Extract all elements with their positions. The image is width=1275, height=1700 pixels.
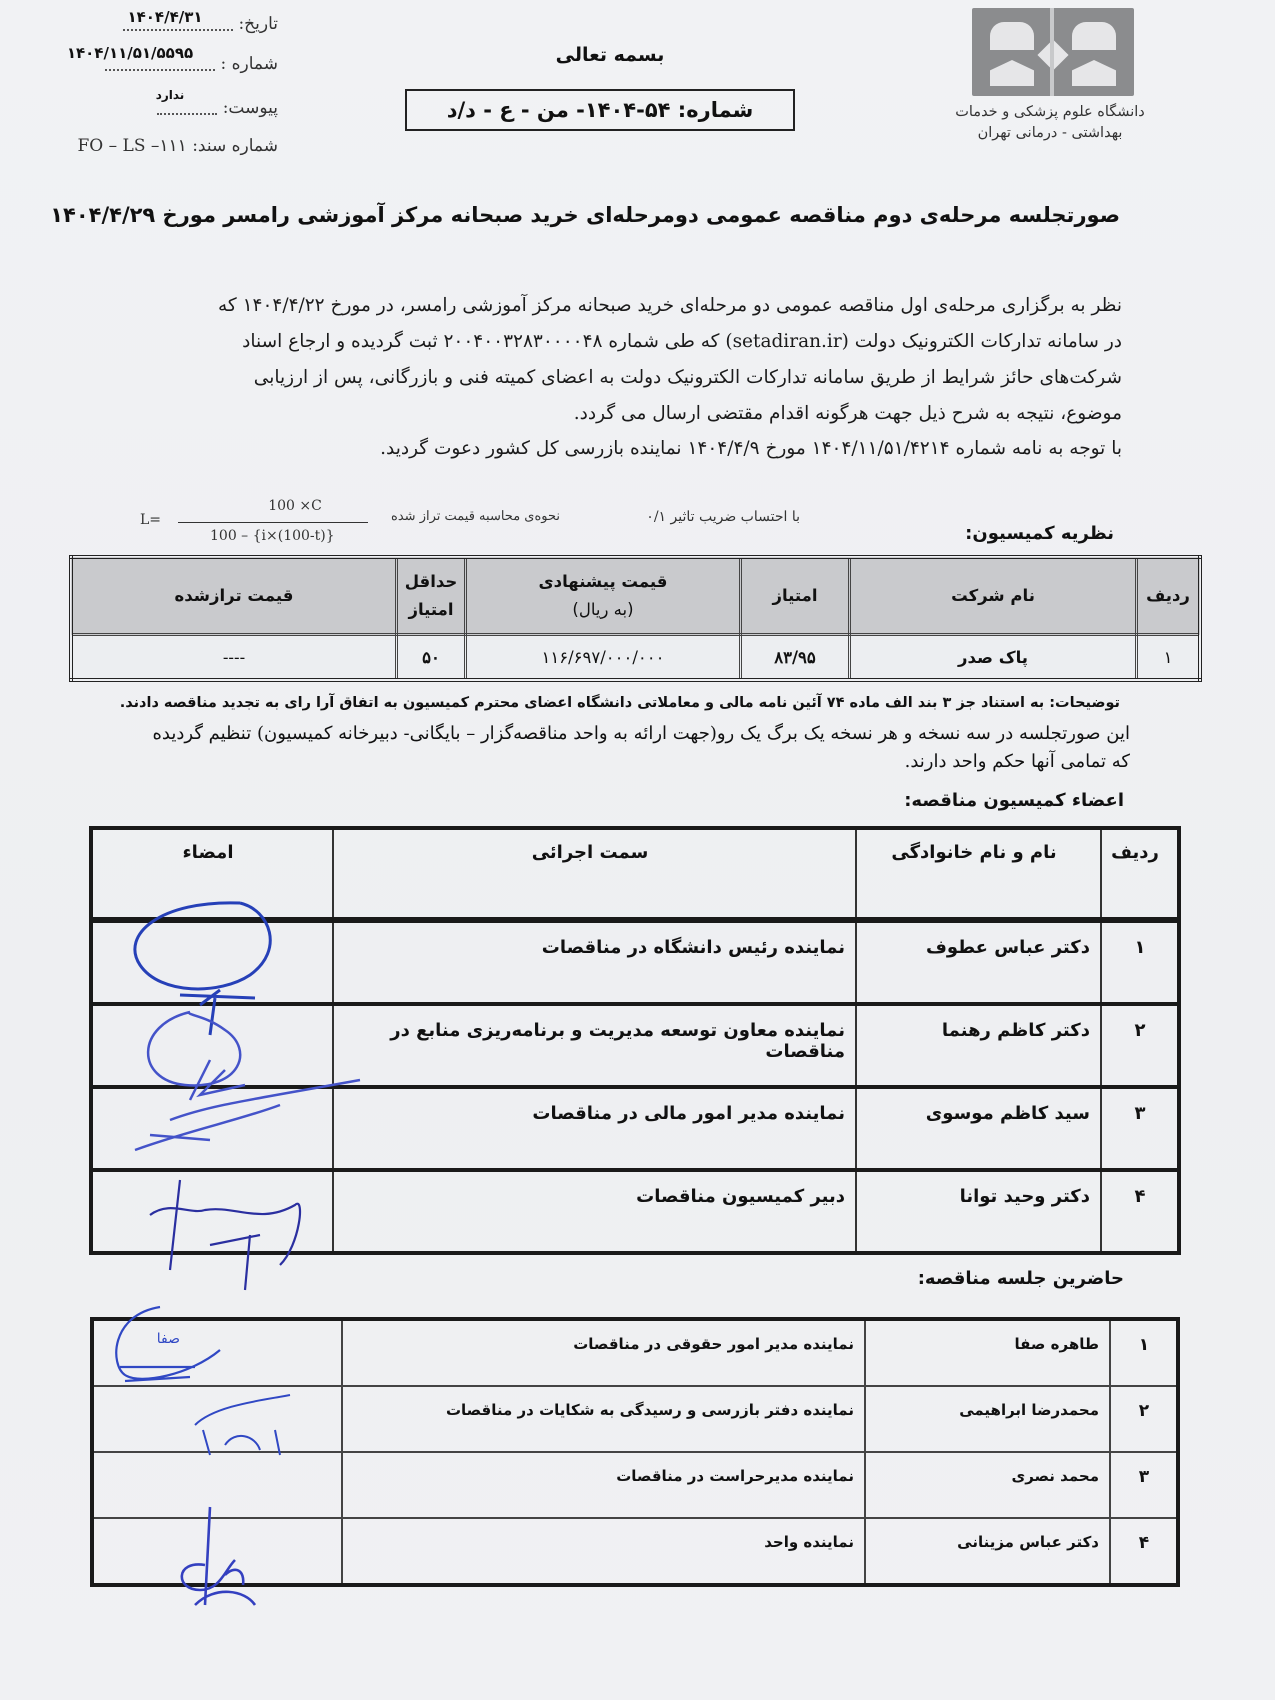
body-line: شرکت‌های حائز شرایط از طریق سامانه تدارک…	[160, 360, 1122, 396]
table-header-row: ردیف نام شرکت امتیاز قیمت پیشنهادی (به ر…	[71, 557, 1200, 635]
attachment-label: پیوست:	[223, 98, 278, 118]
row-number: ۴	[1101, 1170, 1179, 1253]
attendee-name: محمد نصری	[865, 1452, 1110, 1518]
signature-icon	[130, 1010, 390, 1160]
org-line-1: دانشگاه علوم پزشکی و خدمات	[935, 102, 1165, 123]
formula-numerator: 100 ×C	[235, 498, 355, 514]
scanned-document-page: تاریخ: ۱۴۰۴/۴/۳۱ شماره : ۱۴۰۴/۱۱/۵۱/۵۵۹۵…	[0, 0, 1275, 1700]
number-label: شماره :	[221, 54, 279, 74]
row-number: ۱	[1101, 920, 1179, 1004]
header-line: حداقل	[399, 568, 463, 596]
attachment-value: ندارد	[140, 88, 200, 102]
copies-line: که تمامی آنها حکم واحد دارند.	[100, 748, 1130, 776]
member-name: سید کاظم موسوی	[856, 1087, 1101, 1170]
signature-icon	[165, 1505, 285, 1625]
signature-icon	[185, 1390, 315, 1460]
attendees-heading: حاضرین جلسه مناقصه:	[900, 1268, 1124, 1289]
column-header: سمت اجرائی	[333, 828, 856, 920]
member-role: دبیر کمیسیون مناقصات	[333, 1170, 856, 1253]
attendee-name: دکتر عباس مزینانی	[865, 1518, 1110, 1585]
column-header: ردیف	[1137, 557, 1201, 635]
attendee-role: نماینده مدیر امور حقوقی در مناقصات	[342, 1319, 865, 1386]
svg-text:صفا: صفا	[157, 1331, 180, 1347]
column-header: قیمت ترازشده	[71, 557, 397, 635]
member-role: نماینده رئیس دانشگاه در مناقصات	[333, 920, 856, 1004]
commission-members-heading: اعضاء کمیسیون مناقصه:	[900, 790, 1124, 811]
document-title: صورتجلسه مرحله‌ی دوم مناقصه عمومی دومرحل…	[250, 203, 1120, 227]
body-line: در سامانه تدارکات الکترونیک دولت (setadi…	[160, 324, 1122, 360]
column-header: قیمت پیشنهادی (به ریال)	[466, 557, 741, 635]
column-header: امتیاز	[741, 557, 850, 635]
body-line: موضوع، نتیجه به شرح ذیل جهت هرگونه اقدام…	[160, 396, 1122, 432]
org-line-2: بهداشتی - درمانی تهران	[935, 123, 1165, 144]
attendee-name: طاهره صفا	[865, 1319, 1110, 1386]
row-number: ۳	[1101, 1087, 1179, 1170]
header-line: امتیاز	[399, 596, 463, 624]
explanation-note: توضیحات: به استناد جز ۳ بند الف ماده ۷۴ …	[260, 695, 1120, 711]
date-value: ۱۴۰۴/۴/۳۱	[110, 8, 220, 26]
body-paragraph: نظر به برگزاری مرحله‌ی اول مناقصه عمومی …	[160, 288, 1122, 466]
number-value: ۱۴۰۴/۱۱/۵۱/۵۵۹۵	[50, 44, 210, 62]
attendee-role: نماینده مدیرحراست در مناقصات	[342, 1452, 865, 1518]
copies-line: این صورتجلسه در سه نسخه و هر نسخه یک برگ…	[100, 720, 1130, 748]
commission-opinion-heading: نظریه کمیسیون:	[900, 523, 1114, 544]
offered-price: ۱۱۶/۶۹۷/۰۰۰/۰۰۰	[466, 635, 741, 681]
leveled-price-formula: L= 100 ×C 100 – {i×(100-t)}	[140, 498, 370, 550]
row-number: ۱	[1110, 1319, 1178, 1386]
row-number: ۲	[1101, 1004, 1179, 1087]
attendee-role: نماینده واحد	[342, 1518, 865, 1585]
table-row: ۱ طاهره صفا نماینده مدیر امور حقوقی در م…	[92, 1319, 1178, 1386]
attendee-name: محمدرضا ابراهیمی	[865, 1386, 1110, 1452]
leveled-price: ----	[71, 635, 397, 681]
column-header: حداقل امتیاز	[397, 557, 466, 635]
document-number-box: شماره: ۵۴-۱۴۰۴- من - ع - د/د	[405, 89, 795, 131]
column-header: نام شرکت	[850, 557, 1137, 635]
score: ۸۳/۹۵	[741, 635, 850, 681]
formula-denominator: 100 – {i×(100-t)}	[210, 528, 335, 544]
min-score: ۵۰	[397, 635, 466, 681]
row-number: ۳	[1110, 1452, 1178, 1518]
company-name: پاک صدر	[850, 635, 1137, 681]
university-logo-icon	[972, 8, 1134, 96]
doc-code-label: شماره سند:	[192, 136, 278, 156]
table-row: ۱ پاک صدر ۸۳/۹۵ ۱۱۶/۶۹۷/۰۰۰/۰۰۰ ۵۰ ----	[71, 635, 1200, 681]
member-name: دکتر عباس عطوف	[856, 920, 1101, 1004]
dotted-line	[157, 103, 217, 115]
member-name: دکتر کاظم رهنما	[856, 1004, 1101, 1087]
column-header: ردیف	[1101, 828, 1179, 920]
copies-note: این صورتجلسه در سه نسخه و هر نسخه یک برگ…	[100, 720, 1130, 776]
formula-lhs: L=	[140, 512, 161, 528]
row-number: ۱	[1137, 635, 1201, 681]
doc-code-value: FO – LS –۱۱۱	[78, 136, 187, 156]
member-name: دکتر وحید توانا	[856, 1170, 1101, 1253]
commission-opinion-table: ردیف نام شرکت امتیاز قیمت پیشنهادی (به ر…	[69, 555, 1202, 682]
member-role: نماینده مدیر امور مالی در مناقصات	[333, 1087, 856, 1170]
doc-code-row: شماره سند: FO – LS –۱۱۱	[30, 136, 278, 156]
column-header: نام و نام خانوادگی	[856, 828, 1101, 920]
member-role: نماینده معاون توسعه مدیریت و برنامه‌ریزی…	[333, 1004, 856, 1087]
formula-label: نحوه‌ی محاسبه قیمت تراز شده	[390, 509, 560, 524]
row-number: ۲	[1110, 1386, 1178, 1452]
date-label: تاریخ:	[238, 14, 278, 34]
body-line: نظر به برگزاری مرحله‌ی اول مناقصه عمومی …	[160, 288, 1122, 324]
header-line: قیمت پیشنهادی	[468, 568, 738, 596]
signature-icon: صفا	[100, 1305, 250, 1385]
coefficient-note: با احتساب ضریب تاثیر ۰/۱	[610, 509, 800, 525]
body-line: با توجه به نامه شماره ۱۴۰۴/۱۱/۵۱/۴۲۱۴ مو…	[160, 432, 1122, 466]
attendee-role: نماینده دفتر بازرسی و رسیدگی به شکایات د…	[342, 1386, 865, 1452]
organization-name: دانشگاه علوم پزشکی و خدمات بهداشتی - درم…	[935, 102, 1165, 144]
basmala: بسمه تعالی	[540, 44, 680, 66]
row-number: ۴	[1110, 1518, 1178, 1585]
fraction-bar	[178, 522, 368, 523]
signature-icon	[150, 1175, 350, 1295]
header-line: (به ریال)	[468, 596, 738, 624]
